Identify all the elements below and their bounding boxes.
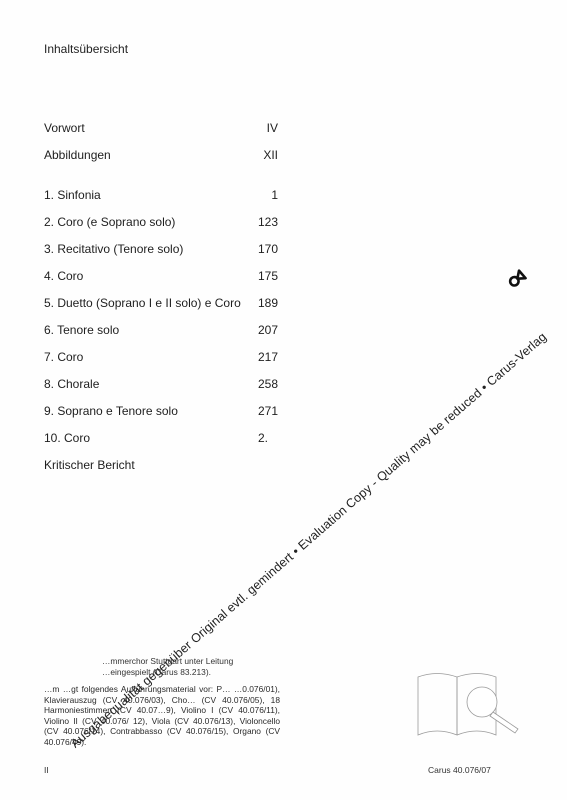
toc-entry-page: 1 — [271, 188, 278, 202]
carus-logo-icon — [507, 268, 527, 290]
toc-entry: 2. Coro (e Soprano solo) 123 — [44, 215, 278, 229]
toc-entry-title: 3. Recitativo (Tenore solo) — [44, 242, 183, 256]
toc-entry-page: 271 — [258, 404, 278, 418]
toc-entry: 6. Tenore solo 207 — [44, 323, 278, 337]
toc-entry-title: Vorwort — [44, 121, 85, 135]
toc-entry: 9. Soprano e Tenore solo 271 — [44, 404, 278, 418]
toc-entry: Abbildungen XII — [44, 148, 278, 162]
toc-entry-title: 10. Coro — [44, 431, 90, 445]
toc-entry-title: 2. Coro (e Soprano solo) — [44, 215, 175, 229]
toc-entry: Vorwort IV — [44, 121, 278, 135]
catalog-number: Carus 40.076/07 — [428, 765, 491, 775]
toc-entry: Kritischer Bericht — [44, 458, 278, 472]
toc-entry-page: 207 — [258, 323, 278, 337]
toc-entry-page: IV — [267, 121, 278, 135]
toc-entry-page: 123 — [258, 215, 278, 229]
toc-entry: 3. Recitativo (Tenore solo) 170 — [44, 242, 278, 256]
page-number: II — [44, 765, 49, 775]
toc-heading: Inhaltsübersicht — [44, 42, 128, 56]
toc-entry-title: 7. Coro — [44, 350, 83, 364]
toc-entry-page: 217 — [258, 350, 278, 364]
book-magnifier-icon — [412, 667, 522, 747]
toc-entry-page: 170 — [258, 242, 278, 256]
toc-entry-page: 258 — [258, 377, 278, 391]
toc-entry-title: 5. Duetto (Soprano I e II solo) e Coro — [44, 296, 241, 310]
toc-entry-title: 4. Coro — [44, 269, 83, 283]
toc-entry-page: 175 — [258, 269, 278, 283]
toc-entry-title: 8. Chorale — [44, 377, 99, 391]
toc-entry: 10. Coro 2. — [44, 431, 278, 445]
toc-entry-title: Kritischer Bericht — [44, 458, 135, 472]
document-page: Inhaltsübersicht Vorwort IV Abbildungen … — [0, 0, 567, 800]
toc-entry-title: 1. Sinfonia — [44, 188, 101, 202]
toc-entry-title: Abbildungen — [44, 148, 111, 162]
toc-entry: 8. Chorale 258 — [44, 377, 278, 391]
toc-entry: 4. Coro 175 — [44, 269, 278, 283]
toc-entry-title: 9. Soprano e Tenore solo — [44, 404, 178, 418]
toc-entry: 1. Sinfonia 1 — [44, 188, 278, 202]
toc-entry: 7. Coro 217 — [44, 350, 278, 364]
toc-entry: 5. Duetto (Soprano I e II solo) e Coro 1… — [44, 296, 278, 310]
toc-entry-title: 6. Tenore solo — [44, 323, 119, 337]
toc-entry-page: 2. — [258, 431, 268, 445]
toc-entry-page: 189 — [258, 296, 278, 310]
toc-entry-page: XII — [263, 148, 278, 162]
